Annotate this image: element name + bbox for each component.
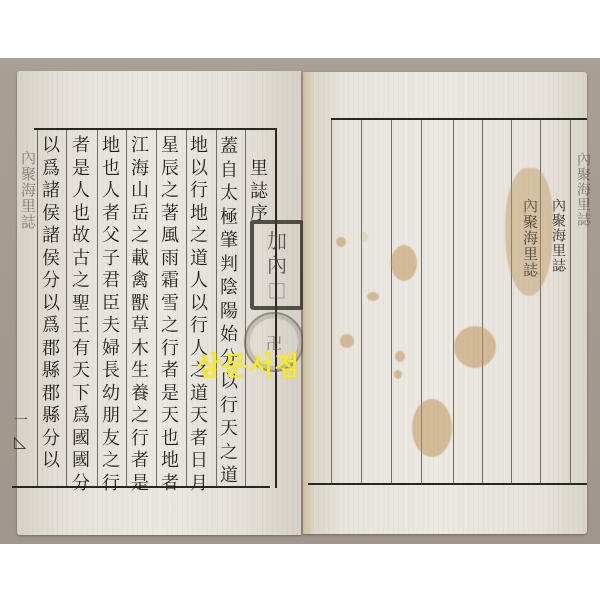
glyph: 誌: [250, 181, 268, 204]
glyph: 諸: [42, 225, 60, 248]
corner-tab-icon: ◺: [14, 432, 26, 451]
text-column-7: 者是人也故古之聖王有天下爲國國分: [66, 135, 96, 495]
glyph: 者: [72, 135, 90, 158]
water-stain: [391, 245, 417, 281]
glyph: 禽: [131, 270, 149, 293]
glyph: 者: [161, 473, 179, 496]
glyph: 陰: [220, 276, 238, 300]
glyph: 天: [220, 417, 238, 441]
glyph: 下: [72, 383, 90, 406]
glyph: 星: [161, 135, 179, 158]
glyph: 地: [161, 450, 179, 473]
glyph: 者: [131, 450, 149, 473]
glyph: 郡: [42, 338, 60, 361]
glyph: 霜: [161, 270, 179, 293]
right-col-line: [570, 120, 571, 484]
glyph: 子: [102, 248, 120, 271]
glyph: 古: [72, 248, 90, 271]
water-stain: [412, 399, 452, 457]
glyph: 之: [220, 441, 238, 465]
right-col-line: [361, 120, 362, 484]
glyph: 風: [161, 225, 179, 248]
water-stain: [360, 232, 368, 242]
glyph: 日: [190, 450, 208, 473]
glyph: 爲: [72, 405, 90, 428]
glyph: 侯: [42, 248, 60, 271]
printed-side-title: 內聚海里誌: [573, 152, 593, 227]
glyph: 行: [220, 394, 238, 418]
glyph: 天: [72, 360, 90, 383]
glyph: 有: [72, 338, 90, 361]
glyph: 載: [131, 248, 149, 271]
text-column-4: 星辰之著風雨霜雪之行者是天也地者: [155, 135, 185, 495]
glyph: 王: [72, 315, 90, 338]
glyph: 道: [190, 383, 208, 406]
glyph: 者: [161, 360, 179, 383]
glyph: 人: [102, 180, 120, 203]
handwritten-title-inner: 內聚海里誌: [548, 198, 568, 273]
glyph: 之: [72, 270, 90, 293]
glyph: 國: [72, 450, 90, 473]
glyph: 以: [42, 135, 60, 158]
text-column-1: 里誌序: [244, 158, 274, 226]
glyph: 以: [42, 293, 60, 316]
glyph: 分: [42, 270, 60, 293]
text-column-6: 地也人者父子君臣夫婦長幼朋友之行: [96, 135, 126, 495]
left-spine-label: 內聚海里誌: [18, 150, 39, 230]
glyph: 極: [220, 206, 238, 230]
glyph: 友: [102, 428, 120, 451]
glyph: 里: [250, 158, 268, 181]
water-stain: [340, 334, 354, 348]
fold-mark: 一: [14, 410, 28, 430]
right-col-line: [511, 120, 512, 484]
handwritten-title-outer: 內聚海里誌: [520, 198, 541, 278]
right-col-line: [482, 120, 483, 484]
glyph: 聖: [72, 293, 90, 316]
glyph: 爲: [42, 158, 60, 181]
glyph: 之: [131, 405, 149, 428]
glyph: 以: [190, 293, 208, 316]
water-stain: [394, 370, 402, 379]
glyph: 也: [72, 203, 90, 226]
glyph: 以: [42, 450, 60, 473]
glyph: 道: [190, 248, 208, 271]
glyph: 以: [190, 158, 208, 181]
text-column-3: 地以行地之道人以行人之道天者日月: [184, 135, 214, 495]
glyph: 臣: [102, 293, 120, 316]
glyph: 江: [131, 135, 149, 158]
square-seal-stamp: 加 內 □: [250, 220, 304, 310]
glyph: 長: [102, 360, 120, 383]
glyph: 木: [131, 338, 149, 361]
right-col-line: [331, 120, 332, 484]
glyph: 縣: [42, 360, 60, 383]
glyph: 故: [72, 225, 90, 248]
glyph: 陽: [220, 300, 238, 324]
glyph: 地: [102, 135, 120, 158]
glyph: 始: [220, 323, 238, 347]
right-col-line: [453, 120, 454, 484]
paper-grain: [303, 72, 587, 534]
glyph: 郡: [42, 383, 60, 406]
glyph: 之: [161, 315, 179, 338]
glyph: 幼: [102, 383, 120, 406]
glyph: 月: [190, 473, 208, 496]
glyph: 行: [190, 180, 208, 203]
glyph: 雨: [161, 248, 179, 271]
glyph: 侯: [42, 203, 60, 226]
right-frame-top: [331, 118, 587, 120]
glyph: 爲: [42, 315, 60, 338]
glyph: 父: [102, 225, 120, 248]
glyph: 也: [161, 428, 179, 451]
glyph: 肇: [220, 229, 238, 253]
glyph: 太: [220, 182, 238, 206]
glyph: 草: [131, 315, 149, 338]
glyph: 海: [131, 158, 149, 181]
glyph: 蓋: [220, 135, 238, 159]
glyph: 養: [131, 383, 149, 406]
glyph: 生: [131, 360, 149, 383]
glyph: 自: [220, 159, 238, 183]
glyph: 行: [131, 428, 149, 451]
glyph: 分: [42, 428, 60, 451]
glyph: 辰: [161, 158, 179, 181]
glyph: 縣: [42, 405, 60, 428]
glyph: 人: [190, 270, 208, 293]
glyph: 著: [161, 203, 179, 226]
text-column-5: 江海山岳之載禽獸草木生養之行者是: [125, 135, 155, 495]
right-col-line: [391, 120, 392, 484]
glyph: 者: [102, 203, 120, 226]
glyph: 國: [72, 428, 90, 451]
water-stain: [367, 292, 379, 301]
text-column-2: 蓋自太極肇判陰陽始分以行天之道: [214, 135, 244, 488]
stamp-char: 內: [267, 253, 287, 277]
glyph: 天: [190, 405, 208, 428]
glyph: 判: [220, 253, 238, 277]
glyph: 道: [220, 464, 238, 488]
glyph: 夫: [102, 315, 120, 338]
glyph: 是: [161, 383, 179, 406]
right-frame-bottom: [308, 483, 587, 485]
glyph: 之: [190, 225, 208, 248]
water-stain: [454, 326, 496, 368]
glyph: 地: [190, 203, 208, 226]
glyph: 之: [131, 225, 149, 248]
glyph: 君: [102, 270, 120, 293]
glyph: 獸: [131, 293, 149, 316]
glyph: 之: [102, 450, 120, 473]
glyph: 朋: [102, 405, 120, 428]
stamp-char: 加: [267, 229, 287, 253]
glyph: 山: [131, 180, 149, 203]
glyph: 是: [72, 158, 90, 181]
glyph: 行: [102, 473, 120, 496]
glyph: 行: [190, 315, 208, 338]
glyph: 也: [102, 158, 120, 181]
glyph: 之: [161, 180, 179, 203]
glyph: 婦: [102, 338, 120, 361]
glyph: 地: [190, 135, 208, 158]
glyph: 者: [190, 428, 208, 451]
water-stain: [336, 237, 346, 247]
glyph: 人: [72, 180, 90, 203]
right-page: [303, 72, 587, 534]
water-stain: [395, 351, 405, 362]
text-column-8: 以爲諸侯諸侯分以爲郡縣郡縣分以: [36, 135, 66, 473]
glyph: 岳: [131, 203, 149, 226]
glyph: 分: [72, 473, 90, 496]
glyph: 雪: [161, 293, 179, 316]
glyph: 是: [131, 473, 149, 496]
glyph: 諸: [42, 180, 60, 203]
glyph: 天: [161, 405, 179, 428]
stamp-char: □: [268, 277, 287, 301]
bookstore-watermark: 삼문서점: [196, 346, 300, 383]
glyph: 行: [161, 338, 179, 361]
